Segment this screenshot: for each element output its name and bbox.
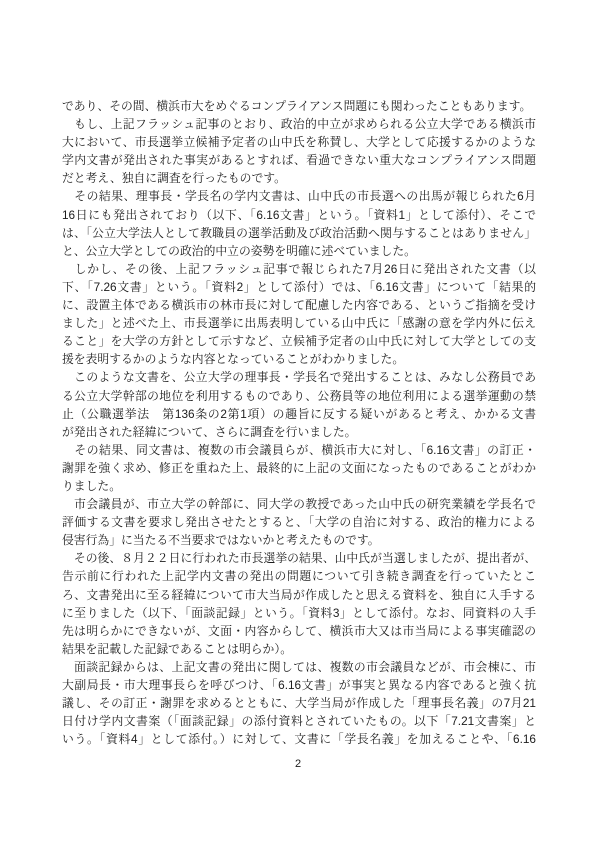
text-line: に至りました（以下、「面談記録」という。「資料3」として添付。なお、同資料の入手: [62, 604, 536, 622]
text-line: 大副局長・市大理事長らを呼びつけ、「6.16文書」が事実と異なる内容であると強く…: [62, 676, 536, 694]
text-line: 大において、市長選挙立候補予定者の山中氏を称賛し、大学として応援するかのような: [62, 133, 536, 151]
text-line: その後、８月２２日に行われた市長選挙の結果、山中氏が当選しましたが、提出者が、: [62, 549, 536, 567]
text-line: その結果、同文書は、複数の市会議員らが、横浜市大に対し、「6.16文書」の訂正・: [62, 441, 536, 459]
text-line: 先は明らかにできないが、文面・内容からして、横浜市大又は市当局による事実確認の: [62, 622, 536, 640]
page-number: 2: [0, 757, 596, 771]
text-line: が発出された経緯について、さらに調査を行いました。: [62, 423, 536, 441]
text-line: その結果、理事長・学長名の学内文書は、山中氏の市長選への出馬が報じられた6月: [62, 187, 536, 205]
text-line: もし、上記フラッシュ記事のとおり、政治的中立が求められる公立大学である横浜市: [62, 115, 536, 133]
text-line: ること」を大学の方針として示すなど、立候補予定者の山中氏に対して大学としての支: [62, 332, 536, 350]
text-line: このような文書を、公立大学の理事長・学長名で発出することは、みなし公務員であ: [62, 368, 536, 386]
text-line: 結果を記載した記録であることは明らか）。: [62, 640, 536, 658]
text-line: 学内文書が発出された事実があるとすれば、看過できない重大なコンプライアンス問題: [62, 151, 536, 169]
text-line: りました。: [62, 477, 536, 495]
text-line: しかし、その後、上記フラッシュ記事で報じられた7月26日に発出された文書（以: [62, 260, 536, 278]
text-line: 評価する文書を要求し発出させたとすると、「大学の自治に対する、政治的権力による: [62, 513, 536, 531]
text-line: 援を表明するかのような内容となっていることがわかりました。: [62, 350, 536, 368]
text-line: だと考え、独自に調査を行ったものです。: [62, 169, 536, 187]
text-line: と、公立大学としての政治的中立の姿勢を明確に述べていました。: [62, 242, 536, 260]
text-line: ろ、文書発出に至る経緯について市大当局が作成したと思える資料を、独自に入手する: [62, 586, 536, 604]
text-line: 下、「7.26文書」という。「資料2」として添付）では、「6.16文書」について…: [62, 278, 536, 296]
text-line: 16日にも発出されており（以下、「6.16文書」という。「資料1」として添付）、…: [62, 206, 536, 224]
text-line: 侵害行為」に当たる不当要求ではないかと考えたものです。: [62, 531, 536, 549]
text-line: ました」と述べた上、市長選挙に出馬表明している山中氏に「感謝の意を学内外に伝え: [62, 314, 536, 332]
text-line: 止（公職選挙法 第136条の2第1項）の趣旨に反する疑いがあると考え、かかる文書: [62, 405, 536, 423]
text-line: 議し、その訂正・謝罪を求めるとともに、大学当局が作成した「理事長名義」の7月21: [62, 694, 536, 712]
document-page: であり、その間、横浜市大をめぐるコンプライアンス問題にも関わったこともあります。…: [0, 0, 596, 842]
text-line: は、「公立大学法人として教職員の選挙活動及び政治活動へ関与することはありません」: [62, 224, 536, 242]
text-line: に、設置主体である横浜市の林市長に対して配慮した内容である、というご指摘を受け: [62, 296, 536, 314]
text-line: いう。「資料4」として添付。）に対して、文書に「学長名義」を加えることや、「6.…: [62, 730, 536, 748]
text-line: 日付け学内文書案（「面談記録」の添付資料とされていたもの。以下「7.21文書案」…: [62, 712, 536, 730]
text-line: る公立大学幹部の地位を利用するものであり、公務員等の地位利用による選挙運動の禁: [62, 387, 536, 405]
text-line: 謝罪を強く求め、修正を重ねた上、最終的に上記の文面になったものであることがわか: [62, 459, 536, 477]
document-body: であり、その間、横浜市大をめぐるコンプライアンス問題にも関わったこともあります。…: [62, 97, 536, 748]
text-line: 告示前に行われた上記学内文書の発出の問題について引き続き調査を行っていたとこ: [62, 567, 536, 585]
text-line: 市会議員が、市立大学の幹部に、同大学の教授であった山中氏の研究業績を学長名で: [62, 495, 536, 513]
text-line: であり、その間、横浜市大をめぐるコンプライアンス問題にも関わったこともあります。: [62, 97, 536, 115]
text-line: 面談記録からは、上記文書の発出に関しては、複数の市会議員などが、市会棟に、市: [62, 658, 536, 676]
